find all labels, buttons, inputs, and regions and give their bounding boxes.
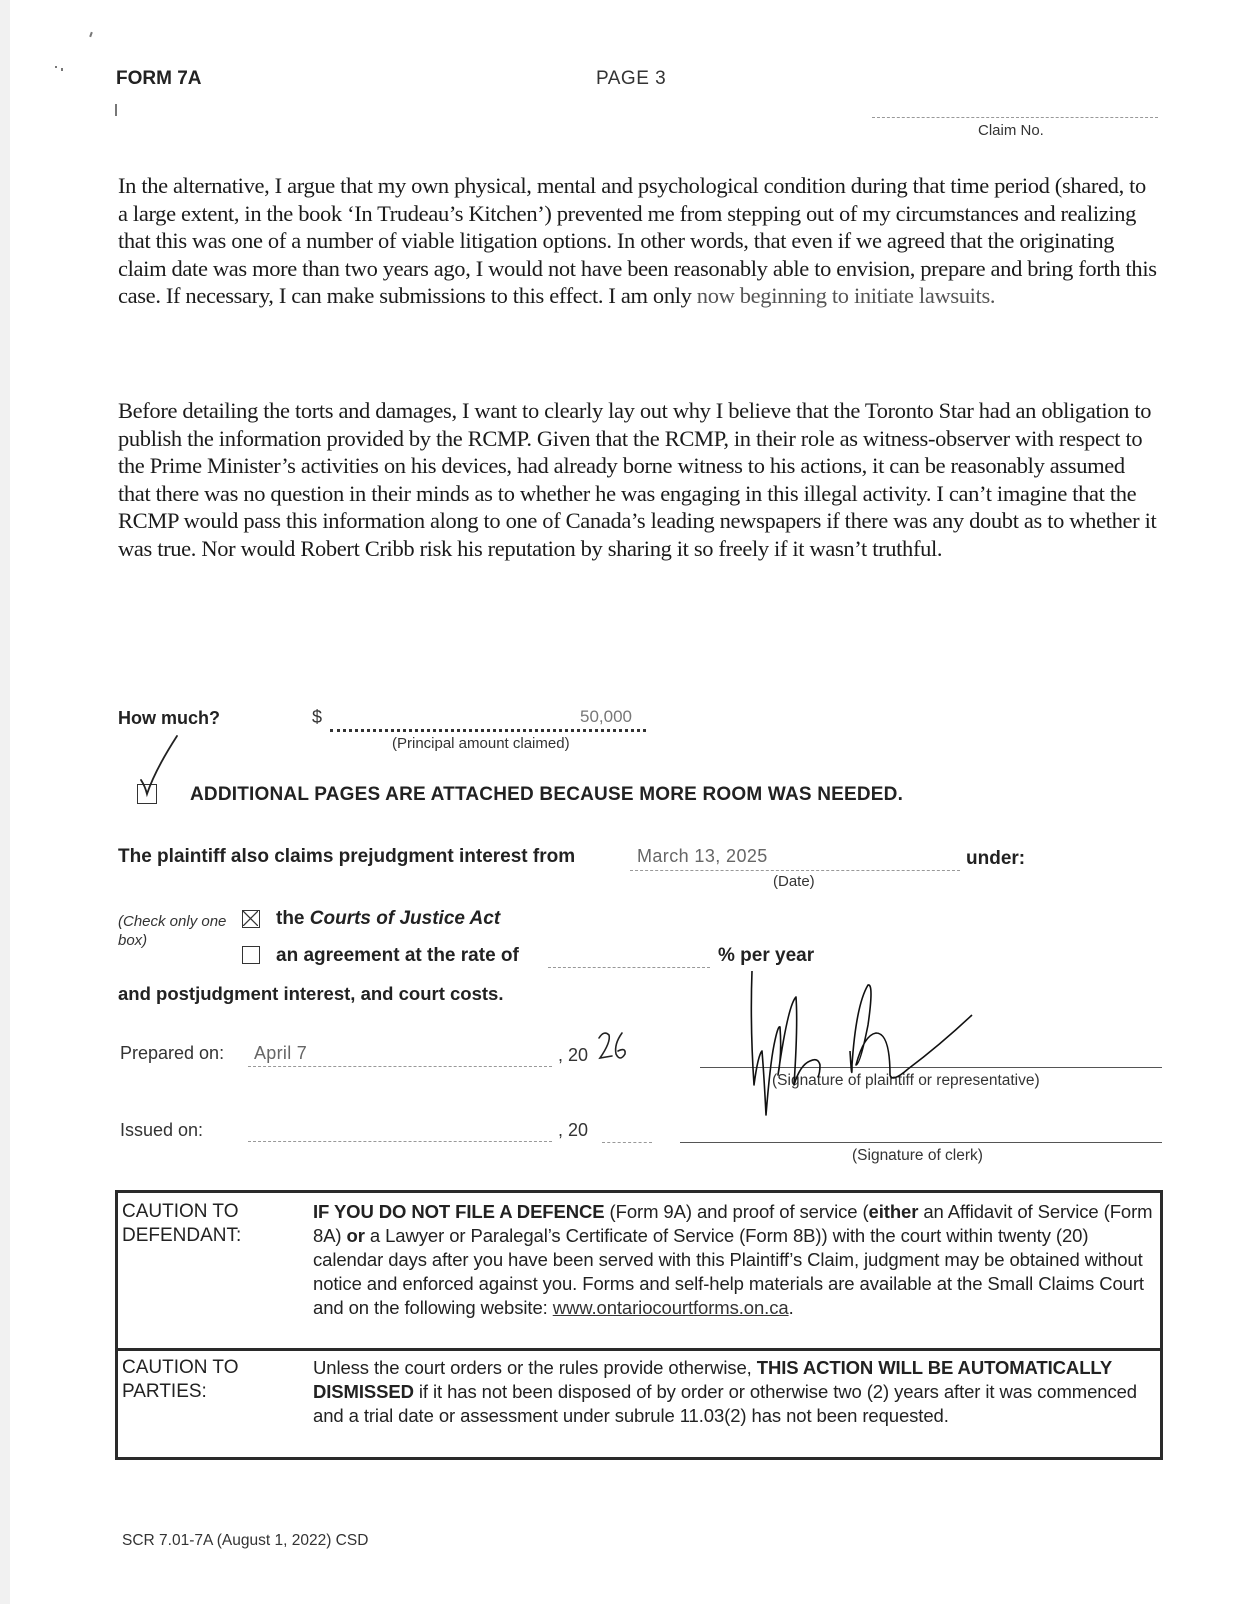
scan-speck: [61, 68, 63, 71]
page-number: PAGE 3: [596, 68, 666, 90]
bold-either: either: [869, 1201, 919, 1222]
agreement-rate-checkbox[interactable]: [242, 946, 260, 964]
how-much-label: How much?: [118, 708, 220, 729]
caution-defendant-heading: CAUTION TO DEFENDANT:: [122, 1200, 302, 1248]
form-code-footer: SCR 7.01-7A (August 1, 2022) CSD: [122, 1532, 368, 1550]
under-label: under:: [966, 848, 1025, 870]
rate-field[interactable]: [548, 967, 710, 968]
prepared-date-underline: [248, 1066, 552, 1067]
courts-of-justice-act-checkbox[interactable]: [242, 910, 260, 928]
prejudgment-label: The plaintiff also claims prejudgment in…: [118, 846, 575, 868]
paragraph-limitation-argument: In the alternative, I argue that my own …: [118, 172, 1158, 310]
x-mark-icon: [243, 911, 258, 926]
caution-text-part: (Form 9A) and proof of service (: [605, 1201, 869, 1222]
scan-speck: [89, 32, 93, 37]
caution-parties-text: Unless the court orders or the rules pro…: [313, 1356, 1153, 1428]
date-caption: (Date): [773, 873, 815, 890]
plaintiff-signature-icon: [740, 965, 1000, 1135]
scan-speck: [115, 104, 117, 116]
issued-year-field[interactable]: [602, 1142, 652, 1143]
prepared-on-label: Prepared on:: [120, 1043, 224, 1064]
handwritten-checkmark-icon: [133, 730, 193, 800]
issued-year-prefix: , 20: [558, 1120, 588, 1141]
heading-line: CAUTION TO: [122, 1200, 302, 1224]
per-year-label: % per year: [718, 945, 814, 967]
ontario-court-forms-link[interactable]: www.ontariocourtforms.on.ca: [553, 1297, 789, 1318]
caution-text-part: Unless the court orders or the rules pro…: [313, 1357, 757, 1378]
issued-on-label: Issued on:: [120, 1120, 203, 1141]
option-prefix: the: [276, 908, 310, 929]
form-id: FORM 7A: [116, 68, 202, 90]
paragraph-text: In the alternative, I argue that my own …: [118, 173, 1157, 308]
clerk-signature-line[interactable]: [680, 1142, 1162, 1143]
caution-defendant-text: IF YOU DO NOT FILE A DEFENCE (Form 9A) a…: [313, 1200, 1153, 1320]
amount-caption: (Principal amount claimed): [392, 735, 570, 752]
date-underline: [630, 870, 960, 871]
claim-no-label: Claim No.: [978, 122, 1044, 139]
page-edge: [0, 0, 10, 1604]
paragraph-text: Before detailing the torts and damages, …: [118, 398, 1156, 561]
amount-dotted-line: [330, 729, 646, 732]
issued-date-field[interactable]: [248, 1141, 552, 1142]
currency-symbol: $: [312, 707, 322, 728]
scan-speck: [55, 66, 57, 68]
check-only-one-note: (Check only one box): [118, 912, 228, 950]
principal-amount-field[interactable]: 50,000: [580, 707, 632, 727]
option-emphasis: Courts of Justice Act: [310, 908, 500, 929]
handwritten-year-icon: [596, 1030, 632, 1064]
courts-of-justice-act-label: the Courts of Justice Act: [276, 908, 500, 930]
caution-parties-heading: CAUTION TO PARTIES:: [122, 1356, 302, 1404]
agreement-rate-label: an agreement at the rate of: [276, 945, 519, 967]
bold-lead: IF YOU DO NOT FILE A DEFENCE: [313, 1201, 605, 1222]
additional-pages-label: ADDITIONAL PAGES ARE ATTACHED BECAUSE MO…: [190, 784, 903, 806]
prepared-date-field[interactable]: April 7: [254, 1043, 307, 1064]
prejudgment-date-field[interactable]: March 13, 2025: [637, 846, 768, 867]
caution-divider: [115, 1348, 1163, 1351]
clerk-signature-caption: (Signature of clerk): [852, 1147, 983, 1165]
claim-no-field[interactable]: [872, 117, 1158, 118]
postjudgment-label: and postjudgment interest, and court cos…: [118, 983, 503, 1005]
heading-line: CAUTION TO: [122, 1356, 302, 1380]
heading-line: DEFENDANT:: [122, 1224, 302, 1248]
heading-line: PARTIES:: [122, 1380, 302, 1404]
caution-text-part: .: [789, 1297, 794, 1318]
prepared-year-prefix: , 20: [558, 1045, 588, 1066]
caution-text-part: if it has not been disposed of by order …: [313, 1381, 1137, 1426]
bold-or: or: [347, 1225, 365, 1246]
paragraph-text-faint: now beginning to initiate lawsuits.: [697, 283, 995, 308]
paragraph-publication-obligation: Before detailing the torts and damages, …: [118, 397, 1158, 562]
